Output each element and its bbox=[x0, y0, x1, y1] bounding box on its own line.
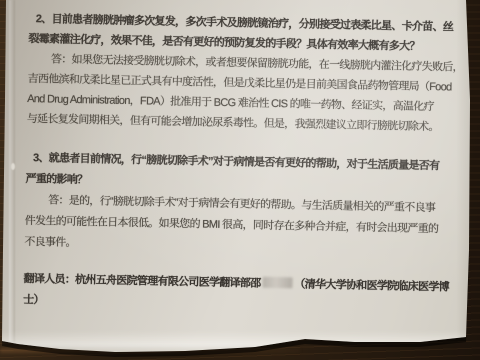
translator-prefix: 翻译人员：杭州五舟医院管理有限公司医学翻译部邵 bbox=[23, 273, 260, 290]
section-question-3: 3、就患者目前情况，行“膀胱切除手术”对于病情是否有更好的帮助，对于生活质量是否… bbox=[24, 148, 458, 262]
document-text: 2、目前患者膀胱肿瘤多次复发，多次手术及膀胱镜治疗，分别接受过表柔比星、卡介苗、… bbox=[23, 9, 461, 320]
paper-nick bbox=[11, 163, 15, 170]
paper-crease bbox=[9, 0, 15, 342]
redacted-name-blur bbox=[262, 277, 292, 289]
section-question-2: 2、目前患者膀胱肿瘤多次复发，多次手术及膀胱镜治疗，分别接受过表柔比星、卡介苗、… bbox=[27, 9, 461, 138]
section-translator: 翻译人员：杭州五舟医院管理有限公司医学翻译部邵（清华大学协和医学院临床医学博 士… bbox=[23, 269, 456, 320]
document-paper: 2、目前患者膀胱肿瘤多次复发，多次手术及膀胱镜治疗，分别接受过表柔比星、卡介苗、… bbox=[0, 0, 480, 360]
translator-suffix: （清华大学协和医学院临床医学博 bbox=[294, 278, 449, 293]
